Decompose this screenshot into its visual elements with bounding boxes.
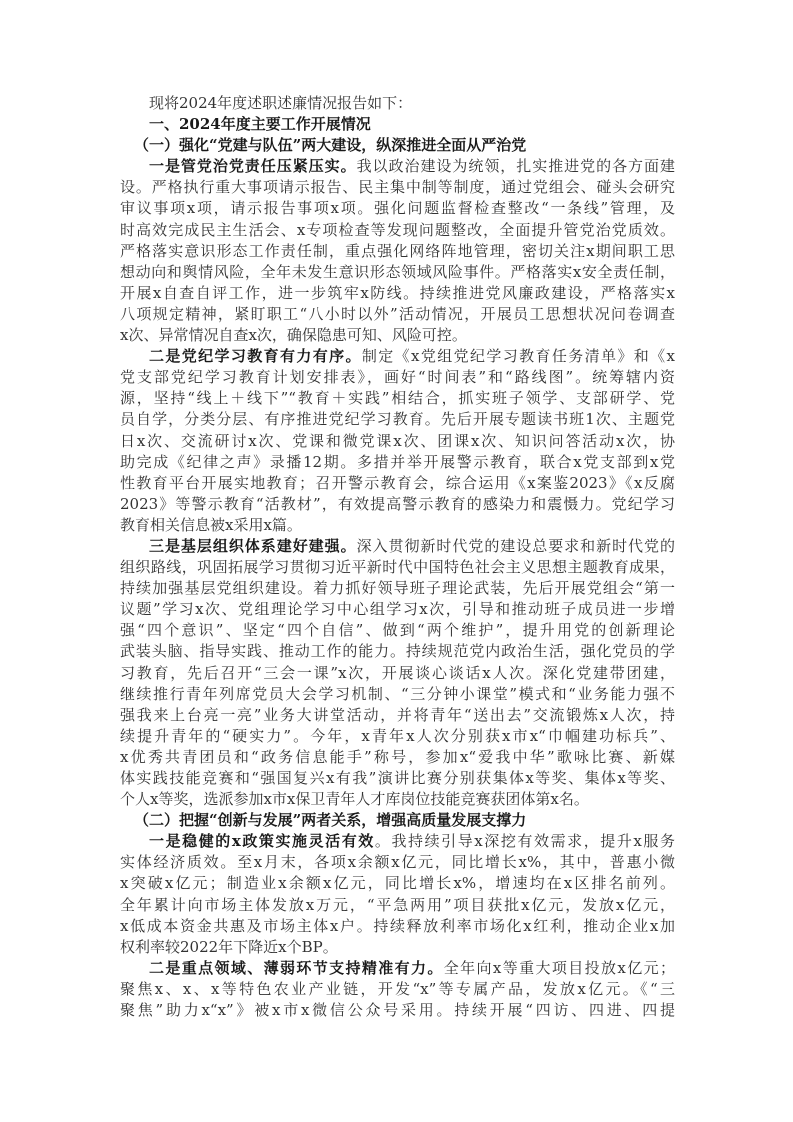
paragraph-5-line: 聚焦”助力x“x”》被x市x微信公众号采用。持续开展“四访、四进、四提 bbox=[120, 1000, 675, 1021]
paragraph-3-line: 续提升青年的“硬实力”。今年，x青年x人次分别获x市x“巾帼建功标兵”、 bbox=[120, 726, 675, 747]
paragraph-2-line: 2023》等警示教育“活教材”，有效提高警示教育的感染力和震慑力。党纪学习 bbox=[120, 494, 675, 515]
paragraph-3-line: 三是基层组织体系建好建强。深入贯彻新时代党的建设总要求和新时代党的 bbox=[120, 536, 675, 557]
document-body: 现将2024年度述职述廉情况报告如下： 一、2024年度主要工作开展情况 （一）… bbox=[120, 93, 675, 1021]
paragraph-3-line: 议题”学习x次、党组理论学习中心组学习x次，引导和推动班子成员进一步增 bbox=[120, 599, 675, 620]
paragraph-1-line: 时高效完成民主生活会、x专项检查等发现问题整改，全面提升管党治党质效。 bbox=[120, 220, 675, 241]
paragraph-3-line: x优秀共青团员和“政务信息能手”称号，参加x“爱我中华”歌咏比赛、新媒 bbox=[120, 747, 675, 768]
paragraph-3-lead: 三是基层组织体系建好建强。 bbox=[149, 537, 357, 555]
paragraph-2-line: 教育相关信息被x采用x篇。 bbox=[120, 515, 675, 536]
paragraph-5-line: 二是重点领域、薄弱环节支持精准有力。全年向x等重大项目投放x亿元； bbox=[120, 958, 675, 979]
paragraph-4-line: 一是稳健的x政策实施灵活有效。我持续引导x深挖有效需求，提升x服务 bbox=[120, 831, 675, 852]
paragraph-3-line: 持续加强基层党组织建设。着力抓好领导班子理论武装，先后开展党组会“第一 bbox=[120, 578, 675, 599]
document-page: 现将2024年度述职述廉情况报告如下： 一、2024年度主要工作开展情况 （一）… bbox=[0, 0, 793, 1122]
paragraph-2-lead: 二是党纪学习教育有力有序。 bbox=[149, 347, 362, 365]
paragraph-2-line: 日x次、交流研讨x次、党课和微党课x次、团课x次、知识问答活动x次，协 bbox=[120, 431, 675, 452]
paragraph-1-line: 严格落实意识形态工作责任制，重点强化网络阵地管理，密切关注x期间职工思 bbox=[120, 241, 675, 262]
paragraph-1-line: 开展x自查自评工作，进一步筑牢x防线。持续推进党风廉政建设，严格落实x bbox=[120, 283, 675, 304]
paragraph-3-line: 习教育，先后召开“三会一课”x次，开展谈心谈话x人次。深化党建带团建， bbox=[120, 663, 675, 684]
paragraph-2-line: 源，坚持“线上＋线下”“教育＋实践”相结合，抓实班子领学、支部研学、党 bbox=[120, 388, 675, 409]
paragraph-2-line: 员自学，分类分层、有序推进党纪学习教育。先后开展专题读书班1次、主题党 bbox=[120, 409, 675, 430]
paragraph-4-line: 权利率较2022年下降近x个BP。 bbox=[120, 937, 675, 958]
paragraph-1-line: 想动向和舆情风险，全年未发生意识形态领域风险事件。严格落实x安全责任制， bbox=[120, 262, 675, 283]
paragraph-1-line: x次、异常情况自查x次，确保隐患可知、风险可控。 bbox=[120, 325, 675, 346]
paragraph-3-line: 组织路线，巩固拓展学习贯彻习近平新时代中国特色社会主义思想主题教育成果， bbox=[120, 557, 675, 578]
paragraph-4-line: x低成本资金共惠及市场主体x户。持续释放利率市场化x红利，推动企业x加 bbox=[120, 916, 675, 937]
paragraph-1-line: 八项规定精神，紧盯职工“八小时以外”活动情况，开展员工思想状况问卷调查 bbox=[120, 304, 675, 325]
section-heading: 一、2024年度主要工作开展情况 bbox=[120, 114, 675, 135]
paragraph-5-line: 聚焦x、x、x等特色农业产业链，开发“x”等专属产品，发放x亿元。《“三 bbox=[120, 979, 675, 1000]
subsection-heading-2: （二）把握“创新与发展”两者关系，增强高质量发展支撑力 bbox=[120, 810, 675, 831]
paragraph-4-line: 实体经济质效。至x月末，各项x余额x亿元，同比增长x%，其中，普惠小微 bbox=[120, 852, 675, 873]
subsection-heading-1: （一）强化“党建与队伍”两大建设，纵深推进全面从严治党 bbox=[120, 135, 675, 156]
paragraph-2-line: 党支部党纪学习教育计划安排表》，画好“时间表”和“路线图”。统筹辖内资 bbox=[120, 367, 675, 388]
paragraph-2-line: 二是党纪学习教育有力有序。制定《x党组党纪学习教育任务清单》和《x bbox=[120, 346, 675, 367]
paragraph-1-lead: 一是管党治党责任压紧压实。 bbox=[149, 157, 357, 175]
paragraph-2-line: 性教育平台开展实地教育；召开警示教育会，综合运用《x案鉴2023》《x反腐 bbox=[120, 473, 675, 494]
paragraph-4-lead: 一是稳健的x政策实施灵活有效 bbox=[149, 832, 375, 850]
paragraph-4-line: 全年累计向市场主体发放x万元，“平急两用”项目获批x亿元，发放x亿元， bbox=[120, 895, 675, 916]
paragraph-3-line: 强我来上台亮一亮”业务大讲堂活动，并将青年“送出去”交流锻炼x人次，持 bbox=[120, 705, 675, 726]
paragraph-4-line: x突破x亿元；制造业x余额x亿元，同比增长x%，增速均在x区排名前列。 bbox=[120, 873, 675, 894]
paragraph-3-line: 体实践技能竞赛和“强国复兴x有我”演讲比赛分别获集体x等奖、集体x等奖、 bbox=[120, 768, 675, 789]
paragraph-3-line: 武装头脑、指导实践、推动工作的能力。持续规范党内政治生活，强化党员的学 bbox=[120, 641, 675, 662]
paragraph-1-line: 设。严格执行重大事项请示报告、民主集中制等制度，通过党组会、碰头会研究 bbox=[120, 177, 675, 198]
paragraph-1-line: 审议事项x项，请示报告事项x项。强化问题监督检查整改“一条线”管理，及 bbox=[120, 198, 675, 219]
paragraph-3-line: 强“四个意识”、坚定“四个自信”、做到“两个维护”，提升用党的创新理论 bbox=[120, 620, 675, 641]
paragraph-3-line: 个人x等奖，选派参加x市x保卫青年人才库岗位技能竞赛获团体第x名。 bbox=[120, 789, 675, 810]
paragraph-1-line: 一是管党治党责任压紧压实。我以政治建设为统领，扎实推进党的各方面建 bbox=[120, 156, 675, 177]
paragraph-5-lead: 二是重点领域、薄弱环节支持精准有力。 bbox=[149, 959, 444, 977]
intro-line: 现将2024年度述职述廉情况报告如下： bbox=[120, 93, 675, 114]
paragraph-2-line: 助完成《纪律之声》录播12期。多措并举开展警示教育，联合x党支部到x党 bbox=[120, 452, 675, 473]
paragraph-3-line: 继续推行青年列席党员大会学习机制、“三分钟小课堂”模式和“业务能力强不 bbox=[120, 684, 675, 705]
